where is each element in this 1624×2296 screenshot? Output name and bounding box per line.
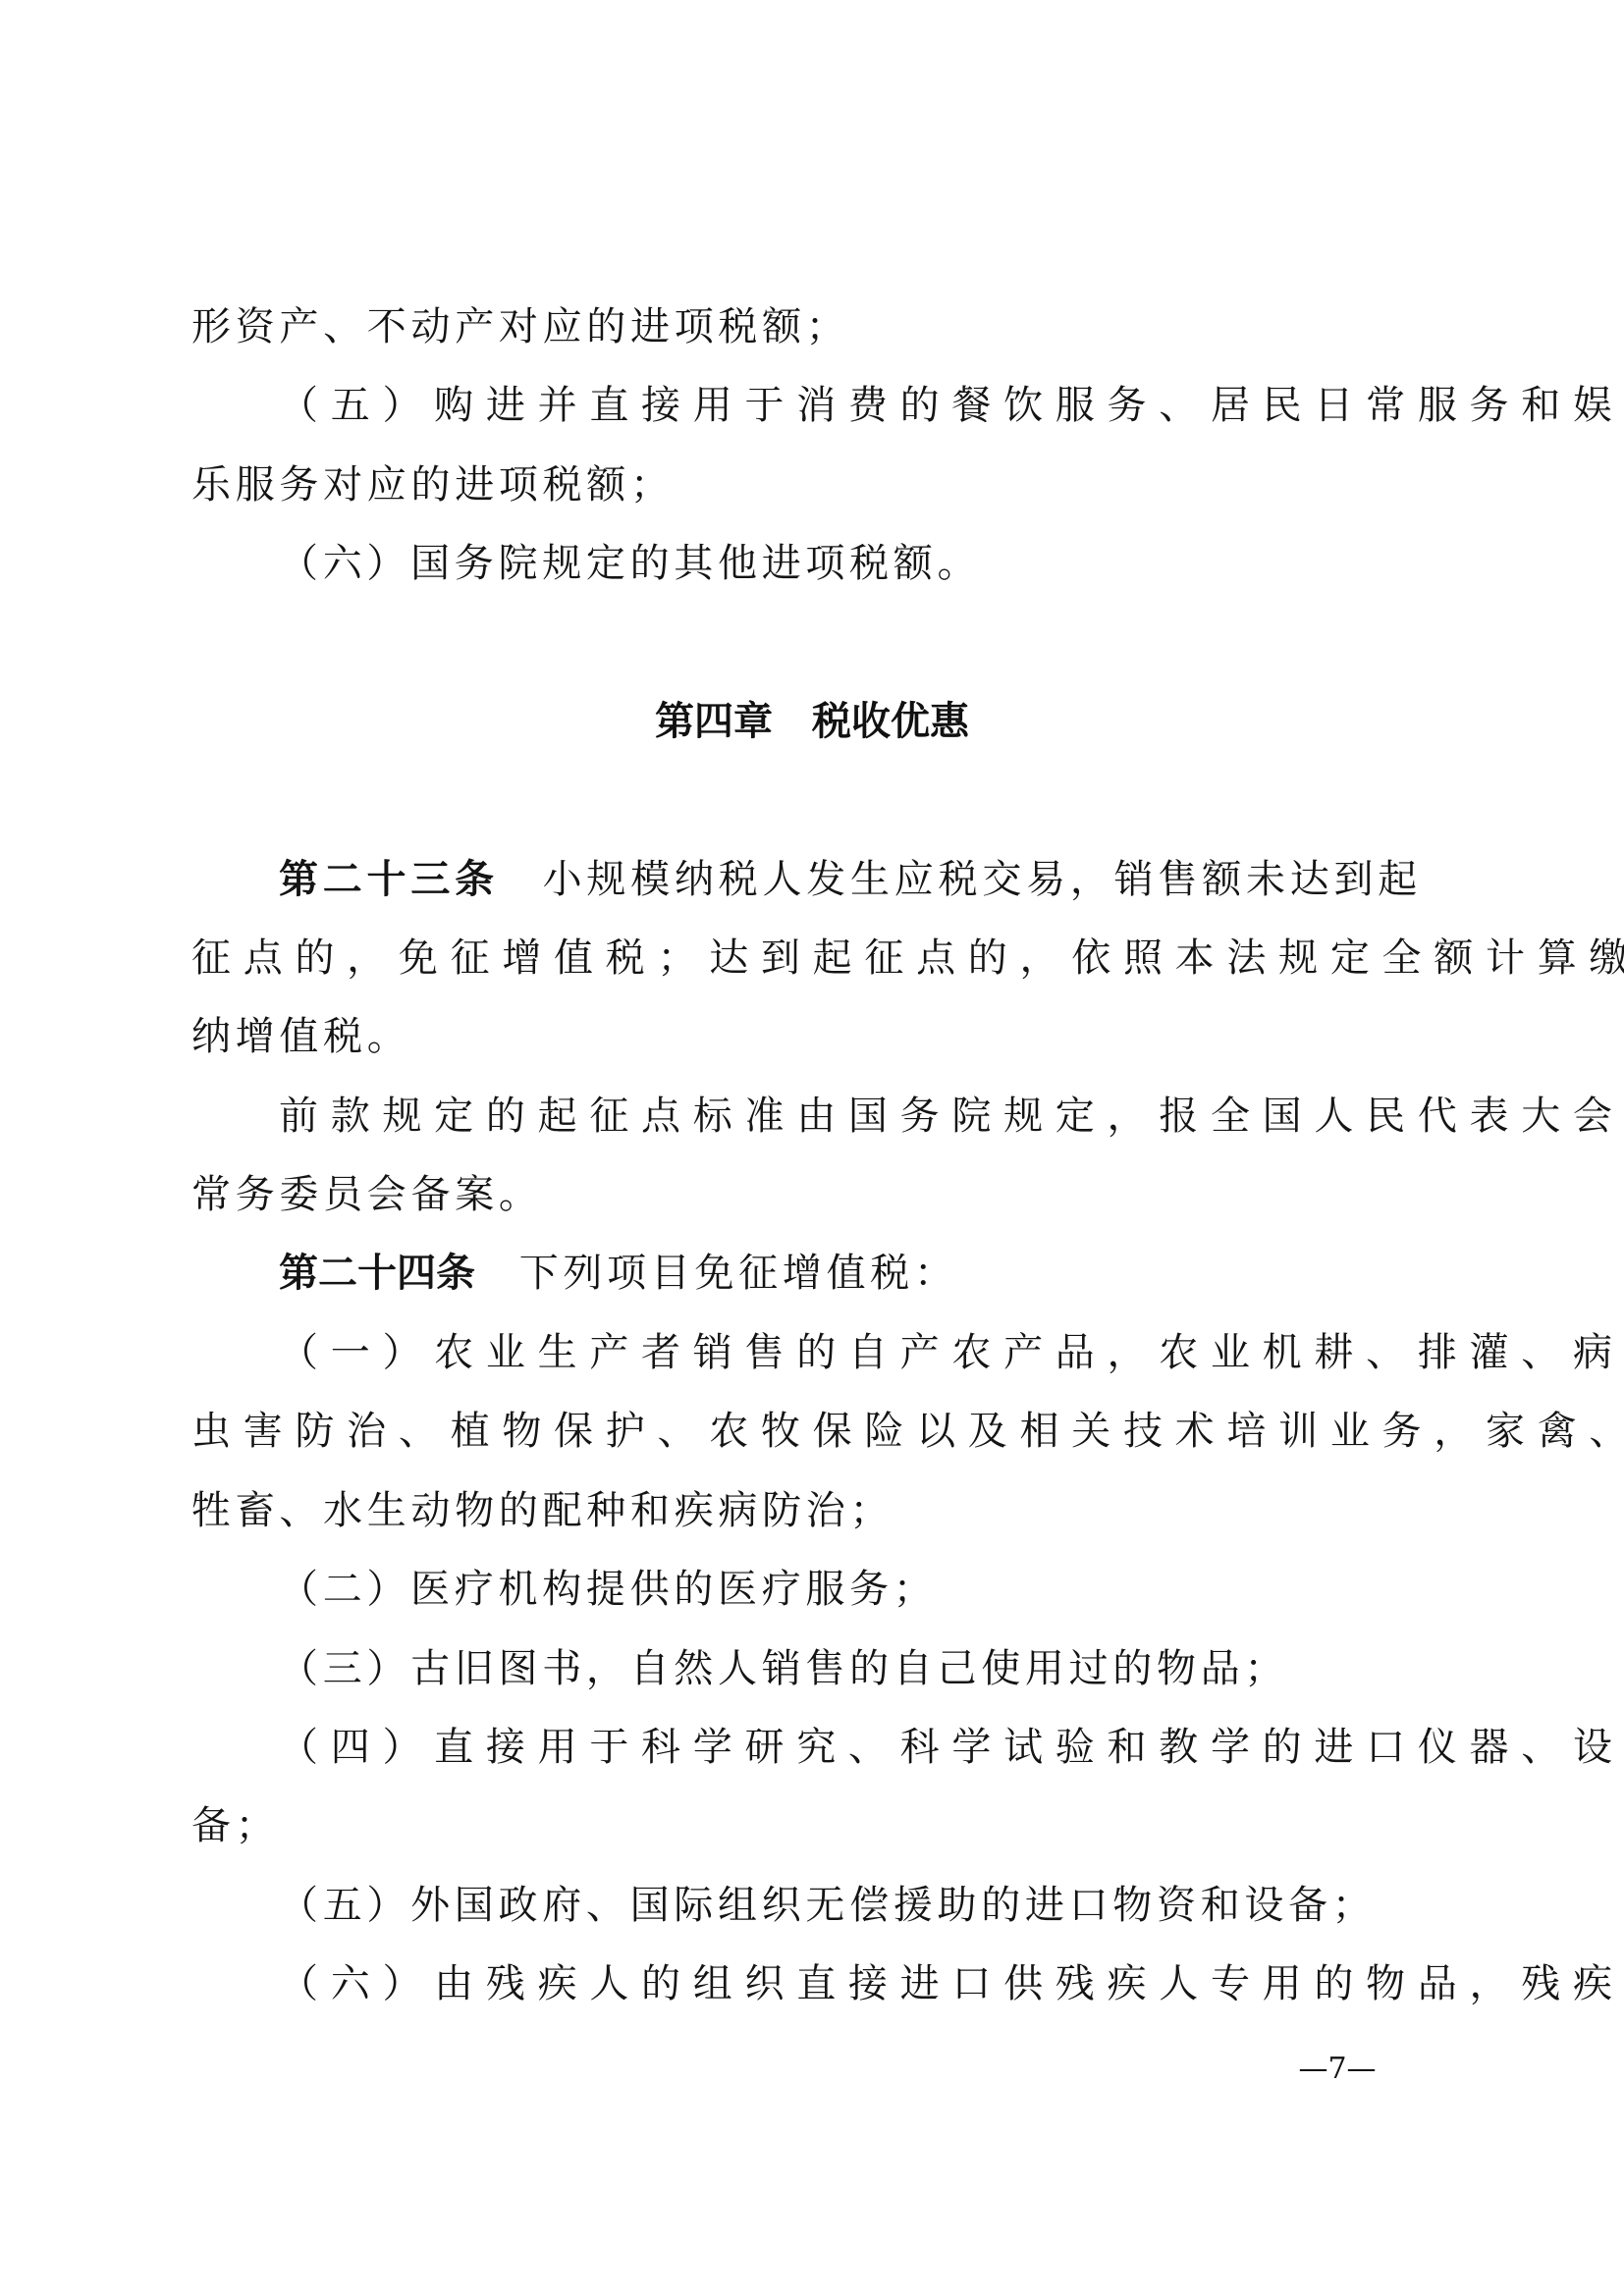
article-24-item-5: （五）外国政府、国际组织无偿援助的进口物资和设备； (191, 1882, 1422, 1929)
article-24-item-3: （三）古旧图书，自然人销售的自己使用过的物品； (191, 1645, 1422, 1692)
article-23-line: 征 点 的 ， 免 征 增 值 税 ； 达 到 起 征 点 的 ， 依 照 本 … (191, 934, 1422, 982)
article-23-paragraph-2: 前 款 规 定 的 起 征 点 标 准 由 国 务 院 规 定 ， 报 全 国 … (191, 1093, 1422, 1140)
article-24-item-2: （二）医疗机构提供的医疗服务； (191, 1566, 1422, 1613)
article-24-item-4: （ 四 ） 直 接 用 于 科 学 研 究 、 科 学 试 验 和 教 学 的 … (191, 1724, 1422, 1771)
document-page: 形资产、不动产对应的进项税额； （ 五 ） 购 进 并 直 接 用 于 消 费 … (0, 0, 1624, 2296)
chapter-heading: 第四章 税收优惠 (0, 698, 1624, 745)
article-24-item-1: （ 一 ） 农 业 生 产 者 销 售 的 自 产 农 产 品 ， 农 业 机 … (191, 1329, 1422, 1376)
article-24-intro: 第二十四条 下列项目免征增值税： (191, 1250, 1422, 1297)
article-23-first-line: 第二十三条 小规模纳税人发生应税交易，销售额未达到起 (191, 856, 1422, 903)
continuation-line: 形资产、不动产对应的进项税额； (191, 303, 1422, 350)
article-24-label: 第二十四条 (279, 1251, 475, 1296)
article-24-item-6: （ 六 ） 由 残 疾 人 的 组 织 直 接 进 口 供 残 疾 人 专 用 … (191, 1960, 1422, 2007)
continuation-line: 乐服务对应的进项税额； (191, 461, 1422, 508)
article-23-label: 第二十三条 (279, 857, 499, 902)
article-23-text: 小规模纳税人发生应税交易，销售额未达到起 (499, 857, 1422, 902)
article-23-paragraph-2: 常务委员会备案。 (191, 1171, 1422, 1218)
page-number: —7— (1288, 2052, 1386, 2087)
continuation-line: （六）国务院规定的其他进项税额。 (191, 540, 1422, 587)
continuation-line: （ 五 ） 购 进 并 直 接 用 于 消 费 的 餐 饮 服 务 、 居 民 … (191, 382, 1422, 429)
article-24-item-1: 牲畜、水生动物的配种和疾病防治； (191, 1487, 1422, 1534)
article-23-line: 纳增值税。 (191, 1013, 1422, 1060)
article-24-item-1: 虫 害 防 治 、 植 物 保 护 、 农 牧 保 险 以 及 相 关 技 术 … (191, 1408, 1422, 1455)
article-24-item-4: 备； (191, 1802, 1422, 1849)
article-24-text: 下列项目免征增值税： (475, 1251, 958, 1296)
